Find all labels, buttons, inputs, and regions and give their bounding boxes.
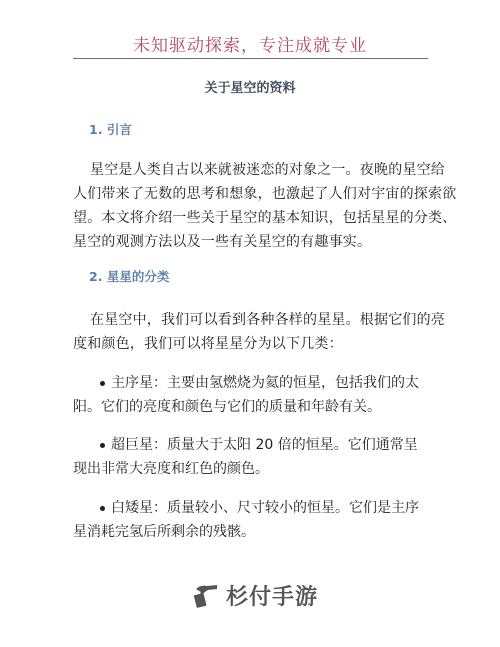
header-divider [73,58,428,59]
bullet-text: 白矮星：质量较小、尺寸较小的恒星。它们是主序 [111,500,419,516]
header-banner: 未知驱动探索，专注成就专业 [72,36,428,56]
bullet-main-sequence: 主序星：主要由氢燃烧为氦的恒星，包括我们的太 阳。它们的亮度和颜色与它们的质量和… [73,371,433,419]
paragraph-line: 在星空中，我们可以看到各种各样的星星。根据它们的亮 [73,308,429,332]
classification-paragraph: 在星空中，我们可以看到各种各样的星星。根据它们的亮 度和颜色，我们可以将星星分为… [73,308,429,356]
bullet-line: 星消耗完氢后所剩余的残骸。 [73,520,433,544]
bullet-icon [100,506,105,511]
section-heading-introduction: 1. 引言 [89,121,132,139]
watermark-text: 杉付手游 [226,580,318,611]
bullet-line: 现出非常大亮度和红色的颜色。 [73,457,433,481]
paragraph-line: 星空的观测方法以及一些有关星空的有趣事实。 [73,230,429,254]
bullet-text: 超巨星：质量大于太阳 20 倍的恒星。它们通常呈 [111,437,418,453]
bullet-icon [100,381,105,386]
section-number: 2. [89,269,102,284]
bullet-supergiant: 超巨星：质量大于太阳 20 倍的恒星。它们通常呈 现出非常大亮度和红色的颜色。 [73,433,433,481]
paragraph-line: 度和颜色，我们可以将星星分为以下几类： [73,332,429,356]
bullet-line: 主序星：主要由氢燃烧为氦的恒星，包括我们的太 [73,371,433,395]
bullet-line: 阳。它们的亮度和颜色与它们的质量和年龄有关。 [73,395,433,419]
paragraph-line: 星空是人类自古以来就被迷恋的对象之一。夜晚的星空给 [73,158,429,182]
paragraph-line: 望。本文将介绍一些关于星空的基本知识，包括星星的分类、 [73,206,429,230]
section-title: 引言 [107,122,132,137]
intro-paragraph: 星空是人类自古以来就被迷恋的对象之一。夜晚的星空给 人们带来了无数的思考和想象，… [73,158,429,254]
section-title: 星星的分类 [107,269,170,284]
document-title: 关于星空的资料 [0,80,500,98]
bullet-text: 主序星：主要由氢燃烧为氦的恒星，包括我们的太 [111,375,419,391]
watermark-logo: 杉付手游 [190,578,318,612]
bullet-line: 超巨星：质量大于太阳 20 倍的恒星。它们通常呈 [73,433,433,457]
document-page: 未知驱动探索，专注成就专业 关于星空的资料 1. 引言 星空是人类自古以来就被迷… [0,0,500,647]
bullet-line: 白矮星：质量较小、尺寸较小的恒星。它们是主序 [73,496,433,520]
section-heading-star-classification: 2. 星星的分类 [89,268,169,286]
paragraph-line: 人们带来了无数的思考和想象，也激起了人们对宇宙的探索欲 [73,182,429,206]
section-number: 1. [89,122,102,137]
hand-card-icon [190,580,220,610]
bullet-icon [100,443,105,448]
bullet-white-dwarf: 白矮星：质量较小、尺寸较小的恒星。它们是主序 星消耗完氢后所剩余的残骸。 [73,496,433,544]
